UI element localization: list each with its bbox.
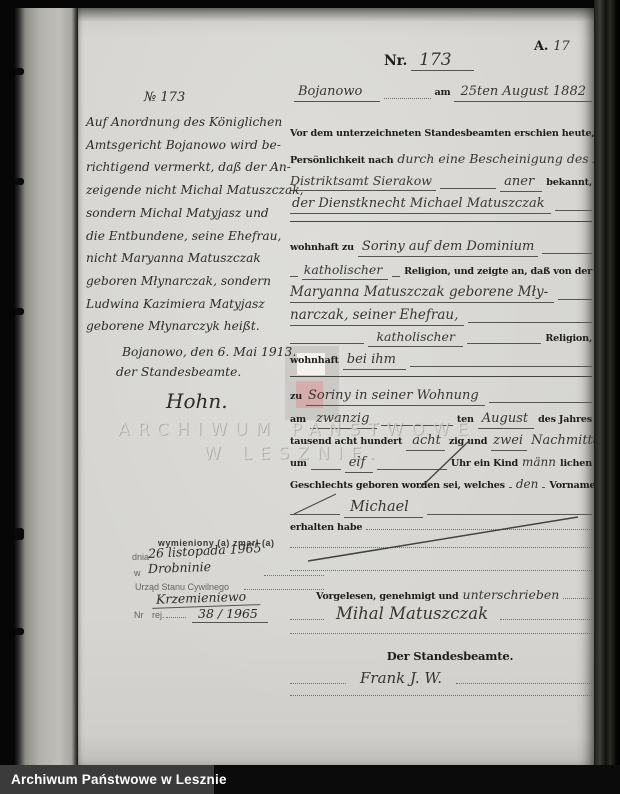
registrar-signature: Frank J. W. (350, 669, 452, 687)
fill-line (366, 527, 592, 530)
page-edge-mark (14, 308, 24, 315)
margin-note-line: die Entbundene, seine Ehefrau, (86, 225, 300, 248)
fill-line (468, 320, 592, 323)
persoenlichkeit-label: Persönlichkeit nach (290, 155, 393, 166)
religion2-row: katholischer Religion, (290, 329, 592, 347)
archive-name: Archiwum Państwowe w Lesznie (11, 772, 227, 787)
page-edge-mark (14, 528, 24, 540)
standesbeamte-label: Der Standesbeamte. (387, 649, 514, 663)
folio-number: 17 (553, 39, 570, 54)
fill-line (555, 208, 592, 211)
fill-line (467, 341, 541, 344)
page-top-shadow (78, 8, 594, 22)
nr-value: 173 (411, 50, 473, 71)
archive-label-box: Archiwum Państwowe w Lesznie (0, 765, 214, 794)
wohnhaft2-row: wohnhaft bei ihm (290, 352, 592, 370)
nr-label: Nr. (384, 53, 407, 69)
intro-printed: Vor dem unterzeichneten Standesbeamten e… (290, 128, 615, 139)
religion1-value: katholischer (302, 262, 388, 280)
fill-line (542, 251, 592, 254)
religion1-label: Religion, und zeigte an, daß von der (404, 266, 592, 277)
fill-line (290, 341, 364, 344)
margin-note-line: richtigend vermerkt, daß der An- (86, 156, 300, 179)
aner-value: aner (500, 174, 542, 192)
stamp-dotted-line (264, 575, 324, 576)
wohnhaft-zu-row: wohnhaft zu Soriny auf dem Dominium (290, 239, 592, 257)
unterschrieben-value: unterschrieben (463, 587, 560, 602)
stamp-rej-label: rej. (152, 610, 165, 620)
fill-line (377, 467, 447, 470)
amt-value: Distriktsamt Sierakow (290, 173, 436, 191)
page-edge-mark (14, 628, 24, 635)
am-label: am (435, 87, 451, 98)
registrar-heading-row: Der Standesbeamte. (370, 649, 530, 663)
intro-line: Vor dem unterzeichneten Standesbeamten e… (290, 128, 592, 139)
margin-note-date: Bojanowo, den 6. Mai 1913. (122, 345, 296, 359)
person-row: der Dienstknecht Michael Matuszczak (290, 196, 592, 214)
fill-line (427, 512, 592, 515)
dotted-rule (290, 633, 592, 634)
fill-line (456, 681, 592, 684)
archive-label-bar: Archiwum Państwowe w Lesznie (0, 765, 620, 794)
zu-label: zu (290, 391, 302, 402)
document-page: A. 17 Nr. 173 Bojanowo am 25ten August 1… (78, 8, 594, 766)
fill-line (410, 364, 592, 367)
persoenlichkeit-row: Persönlichkeit nach durch eine Bescheini… (290, 151, 592, 166)
person-value: der Dienstknecht Michael Matuszczak (290, 196, 551, 214)
margin-note-line: Auf Anordnung des Königlichen (86, 111, 300, 134)
uhr-label: Uhr ein Kind (451, 458, 518, 469)
margin-note-signature: Hohn. (166, 389, 228, 413)
unit-value: zwei (491, 433, 527, 451)
mother-name-1: Maryanna Matuszczak geborene Mły- (290, 284, 554, 303)
page-edge-mark (14, 178, 24, 185)
fill-line (509, 485, 512, 488)
fill-line (542, 485, 545, 488)
fill-line (440, 186, 496, 189)
wohnhaft-value: bei ihm (343, 352, 406, 370)
geschlechts-row: Geschlechts geboren worden sei, welches … (290, 477, 592, 491)
firstname-row: Michael (290, 499, 592, 518)
month-value: August (478, 411, 534, 429)
book-binding (594, 0, 620, 766)
jahres-label: des Jahres (538, 414, 592, 425)
mother-row-1: Maryanna Matuszczak geborene Mły- (290, 284, 592, 303)
fill-line (558, 297, 592, 300)
stamp-register-number: 38 / 1965 (192, 606, 268, 623)
den-value: den (516, 477, 539, 491)
margin-correction-note: Auf Anordnung des Königlichen Amtsgerich… (86, 111, 300, 338)
persoenlichkeit-value: durch eine Bescheinigung des Königl. (397, 151, 620, 166)
fill-line (489, 400, 592, 403)
archive-watermark-line1: ARCHIWUM PAŃSTWOWE (118, 420, 476, 440)
margin-note-line: zeigende nicht Michal Matuszczak, (86, 179, 300, 202)
margin-note-line: geborene Młynarczyk heißt. (86, 315, 300, 338)
date-handwritten: 25ten August 1882 (454, 84, 592, 102)
fill-line (311, 467, 341, 470)
folio-letter: A. (534, 39, 548, 54)
margin-note-number: № 173 (144, 90, 185, 105)
book-page-edges (14, 8, 78, 766)
stamp-dotted-line (166, 617, 186, 618)
margin-note-line: nicht Maryanna Matuszczak (86, 247, 300, 270)
stamp-death-place: Drobninie (148, 559, 212, 576)
geschlechts-label: Geschlechts geboren worden sei, welches (290, 480, 505, 491)
wohnort-value: Soriny auf dem Dominium (358, 239, 538, 257)
place-date-row: Bojanowo am 25ten August 1882 (294, 84, 592, 102)
record-number-row: Nr. 173 (384, 50, 524, 71)
margin-note-line: geboren Młynarczak, sondern (86, 270, 300, 293)
fill-line (290, 512, 340, 515)
lichen-label: lichen (560, 458, 592, 469)
religion1-row: katholischer Religion, und zeigte an, da… (290, 262, 592, 280)
page-edge-mark (14, 68, 24, 75)
bekannt-label: bekannt, (546, 177, 592, 188)
firstname-value: Michael (344, 499, 423, 518)
ruled-line (290, 376, 592, 377)
folio-mark: A. 17 (534, 39, 570, 54)
registrar-signature-row: Frank J. W. (290, 669, 592, 687)
fill-line (384, 96, 430, 99)
place-handwritten: Bojanowo (294, 84, 380, 102)
mother-row-2: narczak, seiner Ehefrau, (290, 307, 592, 326)
religion2-label: Religion, (545, 333, 592, 344)
birthplace-value: Soriny in seiner Wohnung (306, 388, 485, 406)
stamp-dnia-label: dnia (132, 552, 149, 562)
fill-line (392, 274, 400, 277)
archive-watermark-line2: W LESZNIE. (204, 444, 383, 464)
wohnhaft-label: wohnhaft (290, 355, 339, 366)
margin-note-line: Ludwina Kazimiera Matyjasz (86, 293, 300, 316)
fill-line (563, 596, 592, 599)
margin-note-official: der Standesbeamte. (116, 365, 241, 379)
margin-note-line: sondern Michal Matyjasz und (86, 202, 300, 225)
death-annotation-stamp: wymieniony (a) zmarł (a) dnia 26 listopa… (114, 530, 354, 630)
scanned-register-page: A. 17 Nr. 173 Bojanowo am 25ten August 1… (0, 0, 620, 794)
dotted-rule (290, 695, 592, 696)
stamp-nr-label: Nr (134, 610, 144, 620)
ruled-line (290, 221, 592, 222)
birthplace-row: zu Soriny in seiner Wohnung (290, 388, 592, 406)
sex-value: männ (522, 455, 556, 469)
stamp-w-label: w (134, 568, 141, 578)
mother-name-2: narczak, seiner Ehefrau, (290, 307, 464, 326)
amt-row: Distriktsamt Sierakow aner bekannt, (290, 173, 592, 192)
fill-line (500, 617, 592, 620)
fill-line (290, 681, 346, 684)
margin-note-line: Amtsgericht Bojanowo wird be- (86, 134, 300, 157)
religion2-value: katholischer (368, 329, 462, 347)
